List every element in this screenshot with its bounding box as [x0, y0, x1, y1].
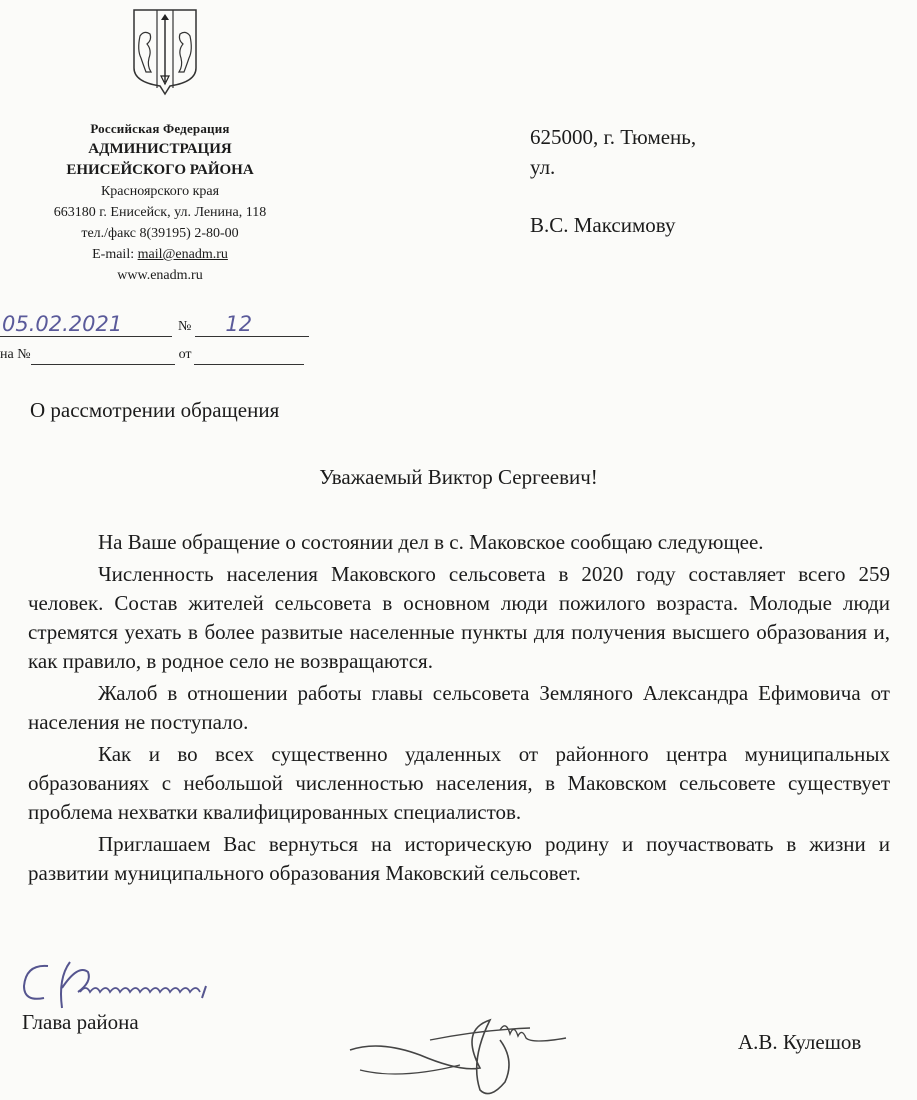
reply-number-field [31, 342, 175, 365]
org-region: Красноярского края [0, 181, 320, 202]
signatory-position: Глава района [22, 1010, 139, 1035]
reply-date-field [194, 342, 304, 365]
body-paragraph: Приглашаем Вас вернуться на историческую… [28, 830, 890, 888]
recipient-name: В.С. Максимову [530, 210, 696, 240]
handwritten-greeting-icon: С уважением, [18, 958, 318, 1018]
reg-number-field: 12 [195, 314, 309, 337]
org-email-row: E-mail: mail@enadm.ru [0, 244, 320, 265]
email-link[interactable]: mail@enadm.ru [138, 247, 228, 262]
reg-date-field: 05.02.2021 [0, 314, 172, 337]
letter-body: На Ваше обращение о состоянии дел в с. М… [28, 528, 890, 888]
salutation: Уважаемый Виктор Сергеевич! [0, 465, 917, 490]
body-paragraph: Численность населения Маковского сельсов… [28, 560, 890, 676]
email-label: E-mail: [92, 247, 138, 262]
signatory-name: А.В. Кулешов [738, 1030, 861, 1055]
letter-page: Российская Федерация АДМИНИСТРАЦИЯ ЕНИСЕ… [0, 0, 917, 1100]
recipient-address-line1: 625000, г. Тюмень, [530, 122, 696, 152]
reply-line: на № от [0, 342, 304, 365]
reg-number: 12 [225, 312, 252, 336]
letterhead: Российская Федерация АДМИНИСТРАЦИЯ ЕНИСЕ… [0, 118, 320, 286]
coat-of-arms-icon [130, 6, 200, 96]
reg-date: 05.02.2021 [2, 312, 122, 336]
body-paragraph: На Ваше обращение о состоянии дел в с. М… [28, 528, 890, 557]
org-phone: тел./факс 8(39195) 2-80-00 [0, 223, 320, 244]
org-name-line2: ЕНИСЕЙСКОГО РАЙОНА [0, 160, 320, 181]
reply-from-label: от [179, 347, 192, 363]
body-paragraph: Как и во всех существенно удаленных от р… [28, 740, 890, 827]
reply-label: на № [0, 347, 31, 363]
org-address: 663180 г. Енисейск, ул. Ленина, 118 [0, 202, 320, 223]
country-name: Российская Федерация [0, 118, 320, 139]
signature-icon [340, 1010, 620, 1100]
body-paragraph: Жалоб в отношении работы главы сельсовет… [28, 679, 890, 737]
recipient-address-line2: ул. [530, 152, 696, 182]
org-website[interactable]: www.enadm.ru [0, 265, 320, 286]
recipient-block: 625000, г. Тюмень, ул. В.С. Максимову [530, 122, 696, 240]
letter-subject: О рассмотрении обращения [30, 398, 279, 423]
reg-number-label: № [178, 319, 191, 335]
org-name-line1: АДМИНИСТРАЦИЯ [0, 139, 320, 160]
registration-line: 05.02.2021 № 12 [0, 314, 309, 337]
